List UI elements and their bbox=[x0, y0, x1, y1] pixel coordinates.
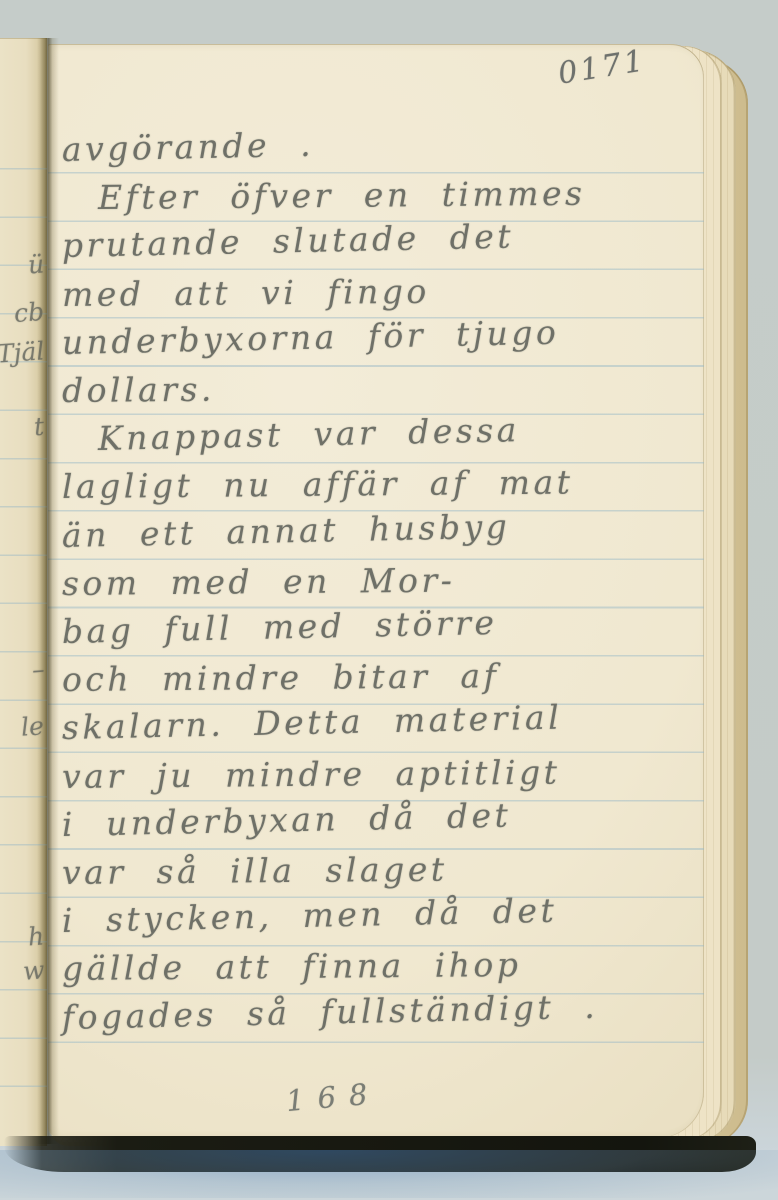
notebook-scan: ücbTjält–lehw 0171 avgörande .Efter öfve… bbox=[0, 0, 778, 1200]
handwriting-line: skalarn. Detta material bbox=[62, 698, 563, 754]
handwriting-line: i underbyxan då det bbox=[62, 795, 512, 850]
handwriting-line: var så illa slaget bbox=[62, 850, 448, 899]
handwriting-line: bag full med större bbox=[62, 603, 498, 658]
handwriting-line: och mindre bitar af bbox=[62, 656, 500, 706]
handwriting-line: gällde att finna ihop bbox=[62, 945, 522, 995]
handwriting-line: med att vi fingo bbox=[62, 271, 430, 320]
handwriting-line: dollars. bbox=[62, 370, 215, 417]
handwriting-line: Knappast var dessa bbox=[98, 410, 521, 465]
handwriting-line: underbyxorna för tjugo bbox=[62, 312, 560, 368]
handwriting-block: avgörande .Efter öfver en timmesprutande… bbox=[48, 44, 704, 1138]
handwriting-line: lagligt nu affär af mat bbox=[62, 463, 574, 513]
handwriting-line: än ett annat husbyg bbox=[62, 506, 511, 561]
handwriting-line: var ju mindre aptitligt bbox=[62, 752, 561, 802]
notebook-page: 0171 avgörande .Efter öfver en timmespru… bbox=[48, 44, 704, 1138]
scanner-glow bbox=[0, 1150, 778, 1198]
handwriting-line: fogades så fullständigt . bbox=[62, 986, 599, 1043]
handwriting-line: prutande slutade det bbox=[62, 217, 515, 272]
handwriting-line: i stycken, men då det bbox=[62, 891, 558, 947]
gutter-shadow bbox=[37, 38, 59, 1144]
handwriting-line: avgörande . bbox=[62, 125, 315, 176]
handwriting-line: som med en Mor- bbox=[62, 560, 456, 609]
